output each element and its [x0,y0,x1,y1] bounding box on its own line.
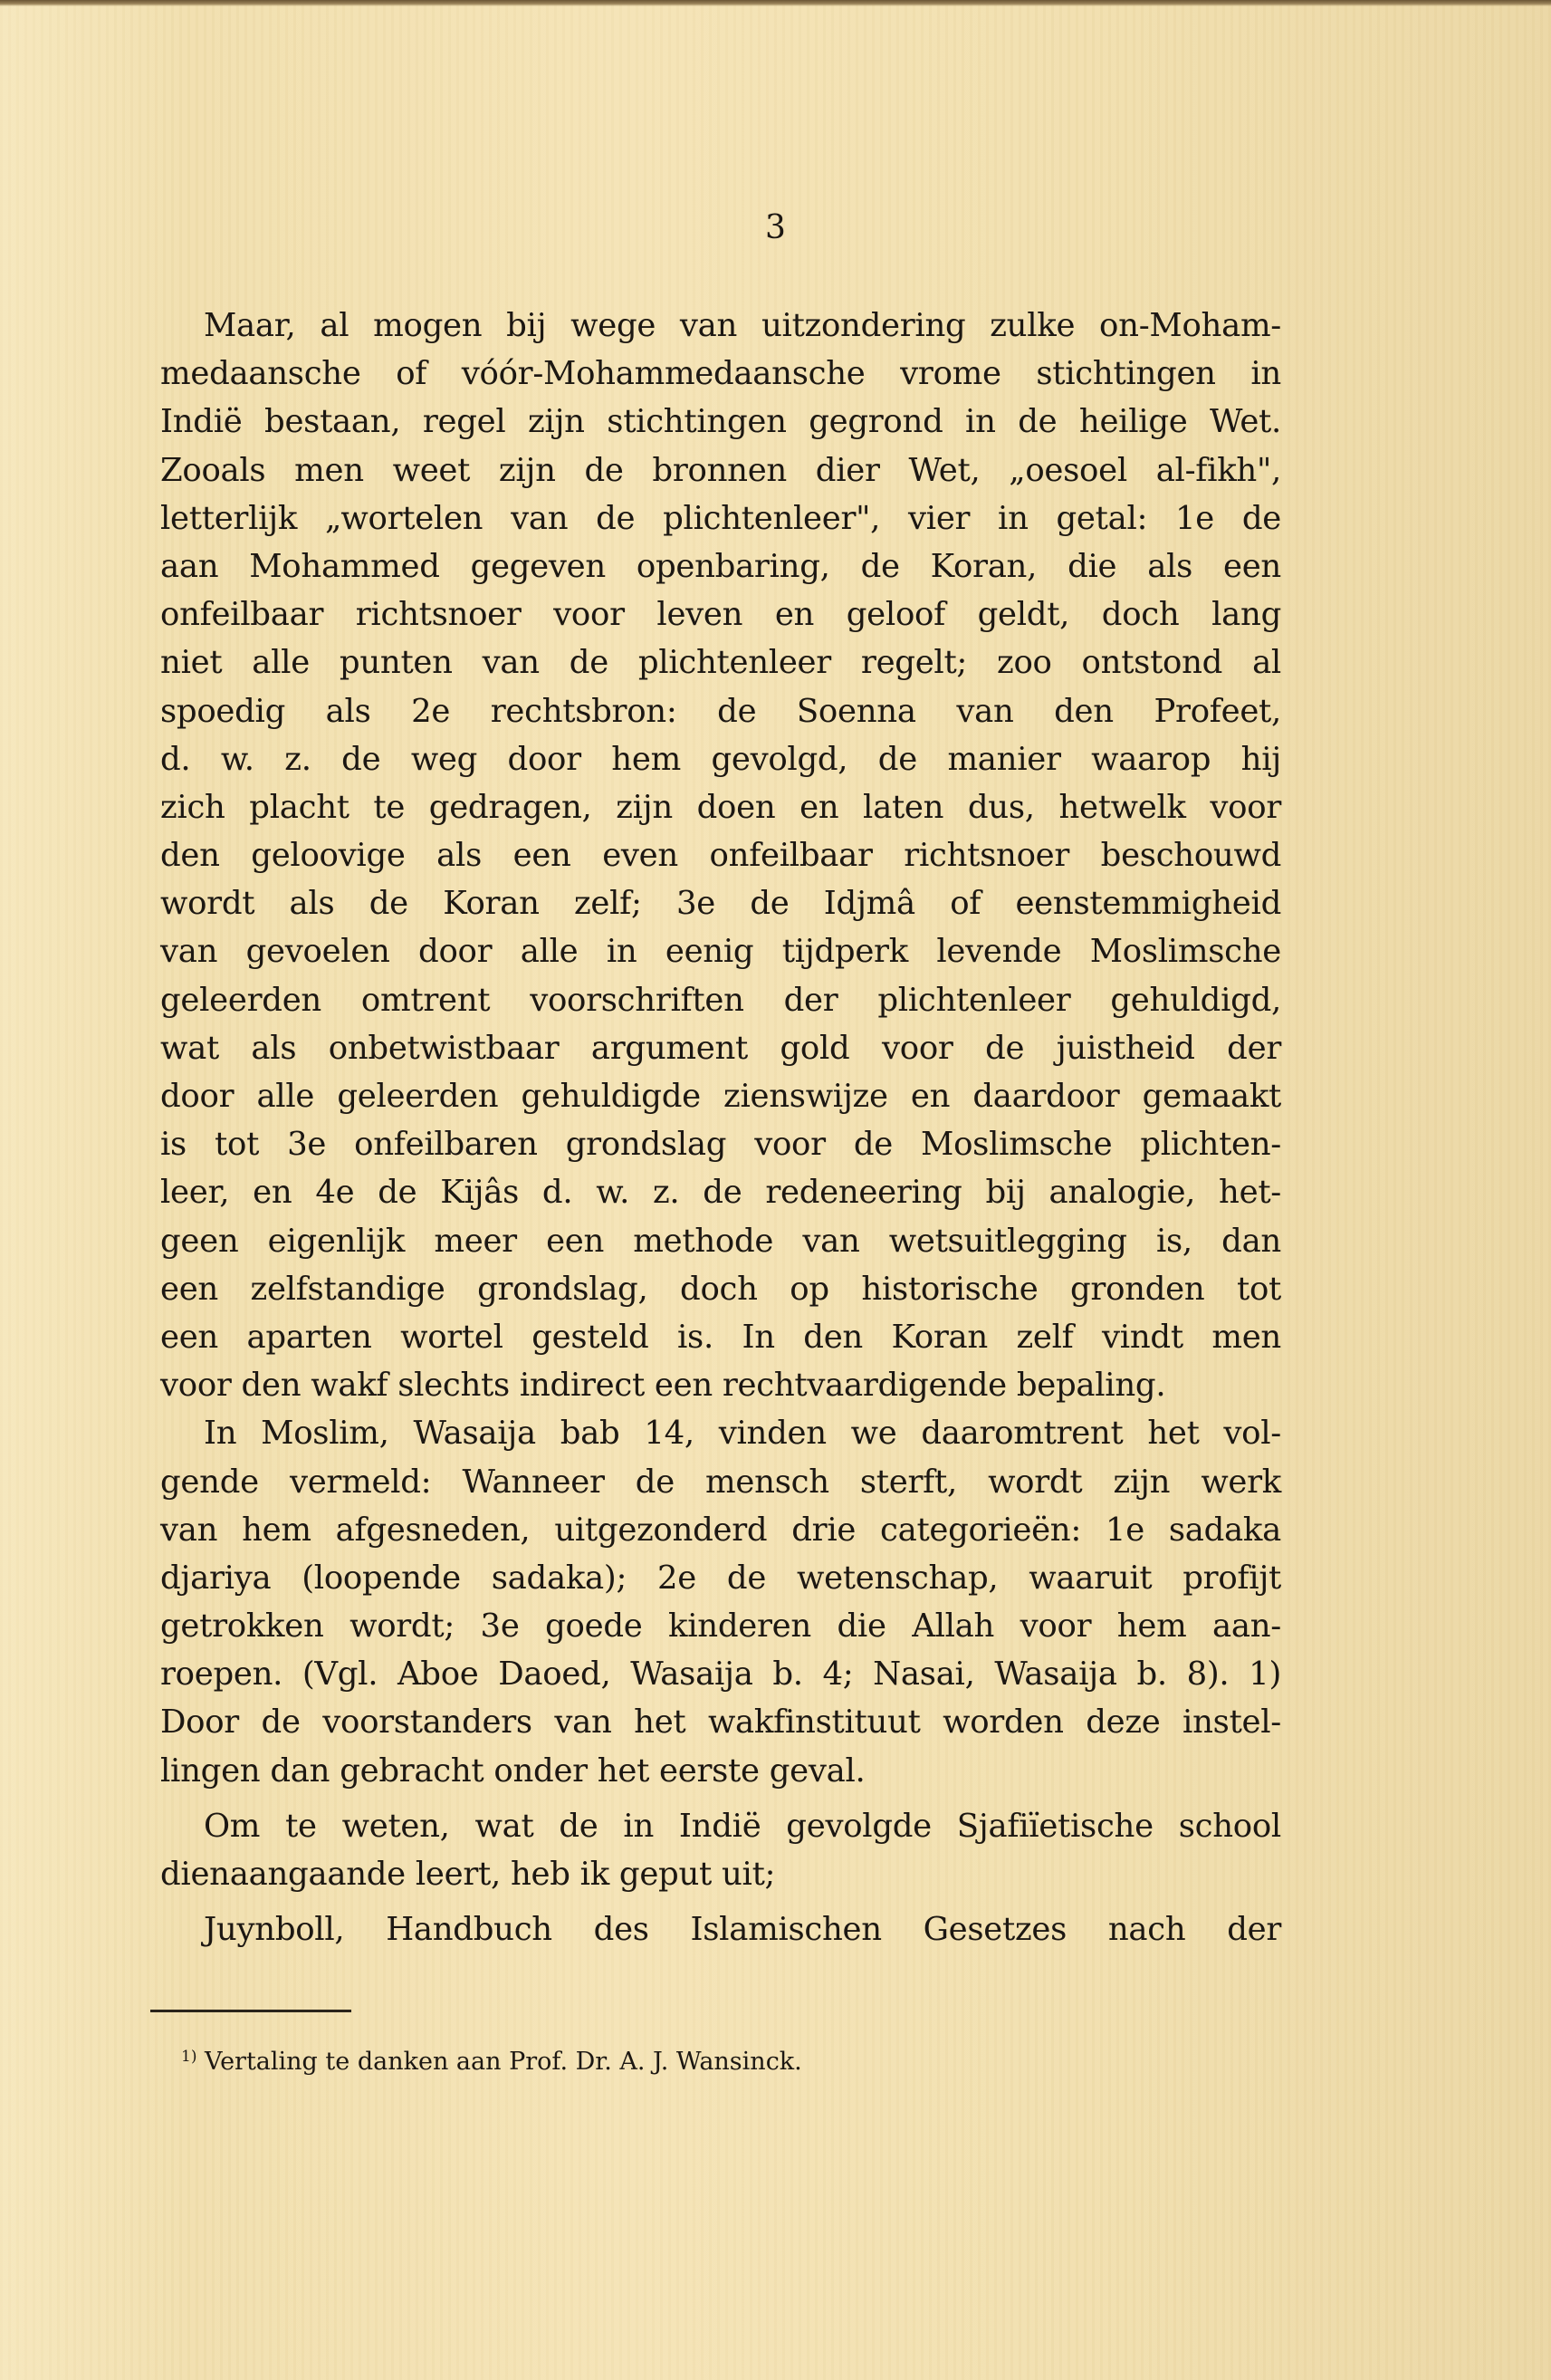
text-line: leer, en 4e de Kijâs d. w. z. de redenee… [160,1168,1281,1216]
text-line: zich placht te gedragen, zijn doen en la… [160,783,1281,831]
text-line: Maar, al mogen bij wege van uitzondering… [160,302,1281,350]
footnote-text: Vertaling te danken aan Prof. Dr. A. J. … [205,2048,802,2076]
text-line: getrokken wordt; 3e goede kinderen die A… [160,1602,1281,1650]
text-line: Om te weten, wat de in Indië gevolgde Sj… [160,1802,1281,1850]
text-line: door alle geleerden gehuldigde zienswijz… [160,1072,1281,1120]
text-line: van hem afgesneden, uitgezonderd drie ca… [160,1506,1281,1554]
text-line: Indië bestaan, regel zijn stichtingen ge… [160,398,1281,446]
text-line: lingen dan gebracht onder het eerste gev… [160,1747,1281,1795]
text-line: geen eigenlijk meer een methode van wets… [160,1217,1281,1265]
text-line: In Moslim, Wasaija bab 14, vinden we daa… [160,1409,1281,1457]
text-line: geleerden omtrent voorschriften der plic… [160,976,1281,1024]
footnote: 1) Vertaling te danken aan Prof. Dr. A. … [181,2049,802,2076]
text-line: gende vermeld: Wanneer de mensch sterft,… [160,1458,1281,1506]
text-line: onfeilbaar richtsnoer voor leven en gelo… [160,590,1281,638]
text-line: dienaangaande leert, heb ik geput uit; [160,1850,1281,1898]
page-number: 3 [0,210,1551,246]
text-line: aan Mohammed gegeven openbaring, de Kora… [160,542,1281,590]
text-line: een aparten wortel gesteld is. In den Ko… [160,1313,1281,1361]
text-line: wat als onbetwistbaar argument gold voor… [160,1024,1281,1072]
text-line: spoedig als 2e rechtsbron: de Soenna van… [160,687,1281,735]
text-line: d. w. z. de weg door hem gevolgd, de man… [160,735,1281,783]
text-line: den geloovige als een even onfeilbaar ri… [160,831,1281,879]
text-line: Zooals men weet zijn de bronnen dier Wet… [160,446,1281,494]
text-line: voor den wakf slechts indirect een recht… [160,1361,1281,1409]
page-top-edge [0,0,1551,6]
text-line: wordt als de Koran zelf; 3e de Idjmâ of … [160,879,1281,927]
text-line: djariya (loopende sadaka); 2e de wetensc… [160,1554,1281,1602]
text-line: letterlijk „wortelen van de plichtenleer… [160,494,1281,542]
text-line: Door de voorstanders van het wakfinstitu… [160,1698,1281,1746]
footnote-marker: 1) [181,2048,196,2066]
text-line: Juynboll, Handbuch des Islamischen Geset… [160,1905,1281,1953]
text-line: niet alle punten van de plichtenleer reg… [160,638,1281,686]
body-text: Maar, al mogen bij wege van uitzondering… [160,302,1281,1953]
text-line: is tot 3e onfeilbaren grondslag voor de … [160,1120,1281,1168]
text-line: een zelfstandige grondslag, doch op hist… [160,1265,1281,1313]
footnote-divider [150,2010,351,2012]
text-line: medaansche of vóór-Mohammedaansche vrome… [160,350,1281,398]
text-line: roepen. (Vgl. Aboe Daoed, Wasaija b. 4; … [160,1650,1281,1698]
text-line: van gevoelen door alle in eenig tijdperk… [160,927,1281,975]
